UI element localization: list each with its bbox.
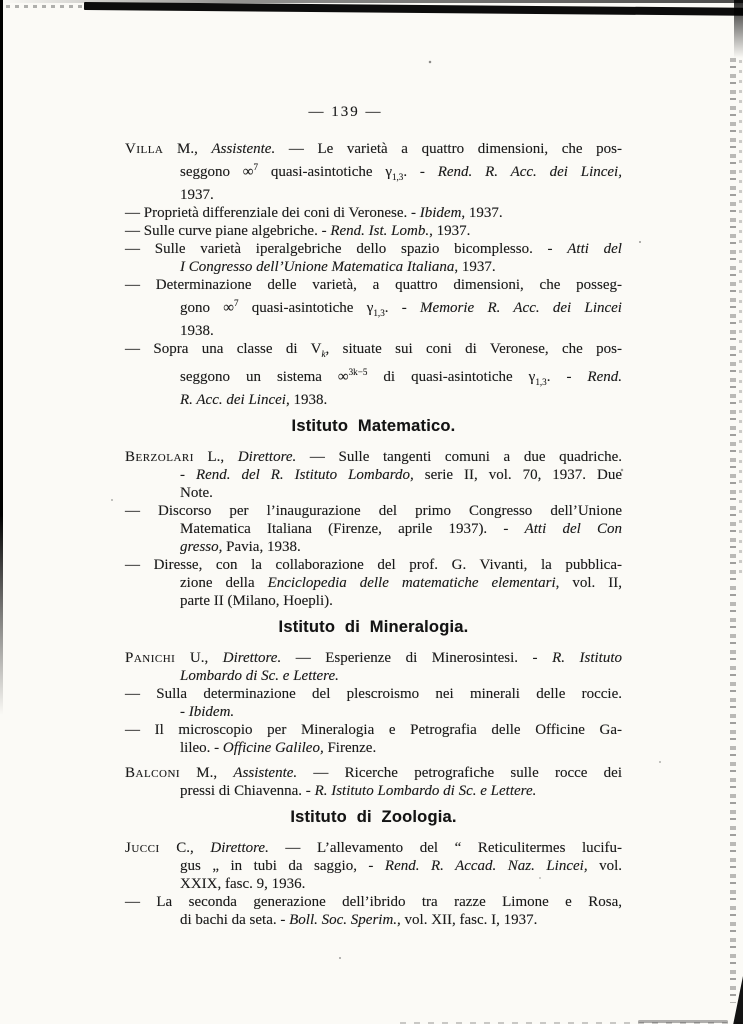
text-segment: , 1937. — [454, 259, 495, 275]
text-segment: — Proprietà differenziale dei coni di Ve… — [125, 205, 420, 221]
entry-line: Note. — [180, 484, 622, 502]
entry-line: zione della Enciclopedia delle matematic… — [180, 574, 622, 592]
text-segment: 1,3 — [535, 377, 546, 387]
bibliography-entry: — La seconda generazione dell’ibrido tra… — [125, 893, 622, 929]
bibliography-entry: — Sulle curve piane algebriche. - Rend. … — [125, 222, 622, 240]
text-segment: , 1937. — [461, 205, 502, 221]
text-segment: Balconi — [125, 765, 180, 781]
text-segment: R. Acc. dei Lincei — [180, 392, 286, 408]
entry-line: XXIX, fasc. 9, 1936. — [180, 875, 622, 893]
entry-line: I Congresso dell’Unione Matematica Itali… — [180, 258, 622, 276]
entry-line: Lombardo di Sc. e Lettere. — [180, 667, 622, 685]
entry-line: 1938. — [180, 322, 622, 340]
text-segment: Rend. R. Acc. dei Lincei, — [438, 164, 622, 180]
bibliography-entry: — Discorso per l’inaugurazione del primo… — [125, 502, 622, 556]
bibliography-entry: Villa M., Assistente. — Le varietà a qua… — [125, 140, 622, 204]
text-segment: Assistente. — [233, 765, 297, 781]
text-segment: 3k−5 — [349, 367, 368, 377]
entry-line: gus „ in tubi da saggio, - Rend. R. Acca… — [180, 857, 622, 875]
entry-line: — Sulle curve piane algebriche. - Rend. … — [125, 222, 622, 240]
text-segment: M., — [163, 141, 211, 157]
entry-line: — Sulla determinazione del plescroismo n… — [125, 685, 622, 703]
text-segment: , vol. XII, fasc. I, 1937. — [397, 912, 537, 928]
section-heading: Istituto Matematico. — [125, 417, 622, 436]
text-segment: , vol. II, — [556, 575, 622, 591]
entry-line: — Diresse, con la collaborazione del pro… — [125, 556, 622, 574]
text-segment: lileo. - — [180, 740, 223, 756]
text-segment: Officine Galileo, — [223, 740, 324, 756]
text-segment: Direttore. — [238, 449, 296, 465]
text-segment: Rend. del R. Istituto Lombardo, — [196, 467, 414, 483]
text-segment: Berzolari — [125, 449, 194, 465]
entry-line: lileo. - Officine Galileo, Firenze. — [180, 739, 622, 757]
scan-artifact-right-edge-inner — [739, 60, 742, 580]
entry-line: Panichi U., Direttore. — Esperienze di M… — [125, 649, 622, 667]
text-segment: gresso, — [180, 539, 222, 555]
text-segment: — Sopra una classe di V — [125, 341, 321, 357]
text-segment: serie II, vol. 70, 1937. Due — [414, 467, 622, 483]
entry-line: gono ∞7 quasi-asintotiche γ1,3. - Memori… — [180, 294, 622, 322]
text-segment: R. Istituto — [552, 650, 622, 666]
text-segment: vol. — [588, 858, 622, 874]
text-segment: - — [180, 704, 189, 720]
text-segment: 1938. — [180, 323, 214, 339]
entry-line: Berzolari L., Direttore. — Sulle tangent… — [125, 448, 622, 466]
text-segment: Enciclopedia delle matematiche elementar… — [268, 575, 556, 591]
bibliography-entry: — Determinazione delle varietà, a quattr… — [125, 276, 622, 340]
text-segment: Ibidem. — [189, 704, 234, 720]
entry-line: — Il microscopio per Mineralogia e Petro… — [125, 721, 622, 739]
entry-line: pressi di Chiavenna. - R. Istituto Lomba… — [180, 782, 622, 800]
text-segment: Lombardo di Sc. e Lettere. — [180, 668, 339, 684]
scanned-page: — 139 — Villa M., Assistente. — Le varie… — [0, 0, 743, 1024]
text-segment: — Determinazione delle varietà, a quattr… — [125, 277, 622, 293]
text-segment: zione della — [180, 575, 268, 591]
entry-line: 1937. — [180, 186, 622, 204]
text-segment: — La seconda generazione dell’ibrido tra… — [125, 894, 622, 910]
entry-line: — La seconda generazione dell’ibrido tra… — [125, 893, 622, 911]
bibliography-entry: — Sulla determinazione del plescroismo n… — [125, 685, 622, 721]
entry-line: Villa M., Assistente. — Le varietà a qua… — [125, 140, 622, 158]
text-segment: L., — [194, 449, 238, 465]
text-segment: , 1937. — [429, 223, 470, 239]
text-segment: M., — [180, 765, 233, 781]
text-segment: — L’allevamento del “ Reticulitermes luc… — [269, 840, 622, 856]
text-segment: — Sulle curve piane algebriche. - — [125, 223, 330, 239]
text-segment: — Esperienze di Minerosintesi. - — [281, 650, 552, 666]
text-segment: Rend. Ist. Lomb. — [330, 223, 429, 239]
section-heading: Istituto di Zoologia. — [125, 808, 622, 827]
text-segment: pressi di Chiavenna. - — [180, 783, 315, 799]
bibliography-sections: Villa M., Assistente. — Le varietà a qua… — [125, 140, 622, 929]
entry-line: Jucci C., Direttore. — L’allevamento del… — [125, 839, 622, 857]
text-segment: . - — [403, 164, 437, 180]
text-segment: . - — [547, 369, 588, 385]
text-segment: — Diresse, con la collaborazione del pro… — [125, 557, 622, 573]
text-segment: Pavia, 1938. — [222, 539, 300, 555]
text-segment: Direttore. — [210, 840, 268, 856]
text-segment: Jucci — [125, 840, 160, 856]
text-segment: Villa — [125, 141, 163, 157]
entry-line: - Ibidem. — [180, 703, 622, 721]
text-segment: R. Istituto Lombardo di Sc. e Lettere. — [315, 783, 537, 799]
text-segment: seggono un sistema ∞ — [180, 369, 349, 385]
entry-line: Matematica Italiana (Firenze, aprile 193… — [180, 520, 622, 538]
entry-line: seggono un sistema ∞3k−5 di quasi-asinto… — [180, 363, 622, 391]
text-segment: seggono ∞ — [180, 164, 254, 180]
scan-artifact-left-edge — [0, 0, 3, 715]
entry-line: — Determinazione delle varietà, a quattr… — [125, 276, 622, 294]
text-segment: quasi-asintotiche γ — [239, 300, 374, 316]
text-segment: . - — [385, 300, 420, 316]
text-segment: U., — [175, 650, 222, 666]
scan-artifact-top-speckle — [6, 5, 86, 8]
page-number: — 139 — — [97, 103, 594, 121]
bibliography-entry: Jucci C., Direttore. — L’allevamento del… — [125, 839, 622, 893]
text-segment: — Sulla determinazione del plescroismo n… — [125, 686, 622, 702]
text-segment: - — [180, 467, 196, 483]
bibliography-entry: — Sopra una classe di Vk, situate sui co… — [125, 340, 622, 409]
text-segment: Note. — [180, 485, 213, 501]
text-segment: , situate sui coni di Veronese, che pos- — [326, 341, 622, 357]
text-segment: Boll. Soc. Sperim. — [289, 912, 397, 928]
entry-line: — Proprietà differenziale dei coni di Ve… — [125, 204, 622, 222]
bibliography-entry: Balconi M., Assistente. — Ricerche petro… — [125, 764, 622, 800]
text-segment: gus „ in tubi da saggio, - — [180, 858, 385, 874]
entry-line: R. Acc. dei Lincei, 1938. — [180, 391, 622, 409]
page-content: — 139 — Villa M., Assistente. — Le varie… — [125, 103, 622, 929]
text-segment: Rend. R. Accad. Naz. Lincei, — [385, 858, 588, 874]
text-segment: Direttore. — [223, 650, 281, 666]
text-segment: — Sulle varietà iperalgebriche dello spa… — [125, 241, 567, 257]
text-segment: quasi-asintotiche γ — [258, 164, 392, 180]
section-heading: Istituto di Mineralogia. — [125, 618, 622, 637]
entry-line: — Sopra una classe di Vk, situate sui co… — [125, 340, 622, 363]
scan-artifact-right-edge — [730, 58, 736, 1003]
text-segment: — Il microscopio per Mineralogia e Petro… — [125, 722, 622, 738]
text-segment: Rend. — [587, 369, 622, 385]
text-segment: Atti del — [567, 241, 622, 257]
entry-line: - Rend. del R. Istituto Lombardo, serie … — [180, 466, 622, 484]
bibliography-entry: — Sulle varietà iperalgebriche dello spa… — [125, 240, 622, 276]
text-segment: — Ricerche petrografiche sulle rocce dei — [297, 765, 622, 781]
text-segment: Matematica Italiana (Firenze, aprile 193… — [180, 521, 525, 537]
text-segment: — Le varietà a quattro dimensioni, che p… — [275, 141, 622, 157]
text-segment: di quasi-asintotiche γ — [367, 369, 535, 385]
entry-line: — Discorso per l’inaugurazione del primo… — [125, 502, 622, 520]
text-segment: Ibidem — [420, 205, 462, 221]
text-segment: di bachi da seta. - — [180, 912, 289, 928]
text-segment: Panichi — [125, 650, 175, 666]
text-segment: Memorie R. Acc. dei Lincei — [420, 300, 622, 316]
entry-line: Balconi M., Assistente. — Ricerche petro… — [125, 764, 622, 782]
text-segment: XXIX, fasc. 9, 1936. — [180, 876, 305, 892]
text-segment: Assistente. — [211, 141, 275, 157]
bibliography-entry: — Diresse, con la collaborazione del pro… — [125, 556, 622, 610]
text-segment: gono ∞ — [180, 300, 234, 316]
bibliography-entry: Panichi U., Direttore. — Esperienze di M… — [125, 649, 622, 685]
text-segment: parte II (Milano, Hoepli). — [180, 593, 333, 609]
text-segment: 1,3 — [392, 172, 403, 182]
scan-artifact-top-right-corner — [734, 0, 743, 58]
text-segment: Firenze. — [324, 740, 376, 756]
text-segment: C., — [160, 840, 211, 856]
text-segment: Atti del Con — [525, 521, 622, 537]
text-segment: — Discorso per l’inaugurazione del primo… — [125, 503, 622, 519]
bibliography-entry: — Il microscopio per Mineralogia e Petro… — [125, 721, 622, 757]
text-segment: 1937. — [180, 187, 214, 203]
text-segment: I Congresso dell’Unione Matematica Itali… — [180, 259, 454, 275]
text-segment: 1,3 — [373, 308, 384, 318]
entry-line: — Sulle varietà iperalgebriche dello spa… — [125, 240, 622, 258]
scan-artifact-top-edge — [84, 2, 743, 16]
entry-line: parte II (Milano, Hoepli). — [180, 592, 622, 610]
bibliography-entry: — Proprietà differenziale dei coni di Ve… — [125, 204, 622, 222]
text-segment: , 1938. — [286, 392, 327, 408]
entry-line: di bachi da seta. - Boll. Soc. Sperim., … — [180, 911, 622, 929]
entry-line: gresso, Pavia, 1938. — [180, 538, 622, 556]
entry-line: seggono ∞7 quasi-asintotiche γ1,3. - Ren… — [180, 158, 622, 186]
text-segment: — Sulle tangenti comuni a due quadriche. — [296, 449, 622, 465]
bibliography-entry: Berzolari L., Direttore. — Sulle tangent… — [125, 448, 622, 502]
